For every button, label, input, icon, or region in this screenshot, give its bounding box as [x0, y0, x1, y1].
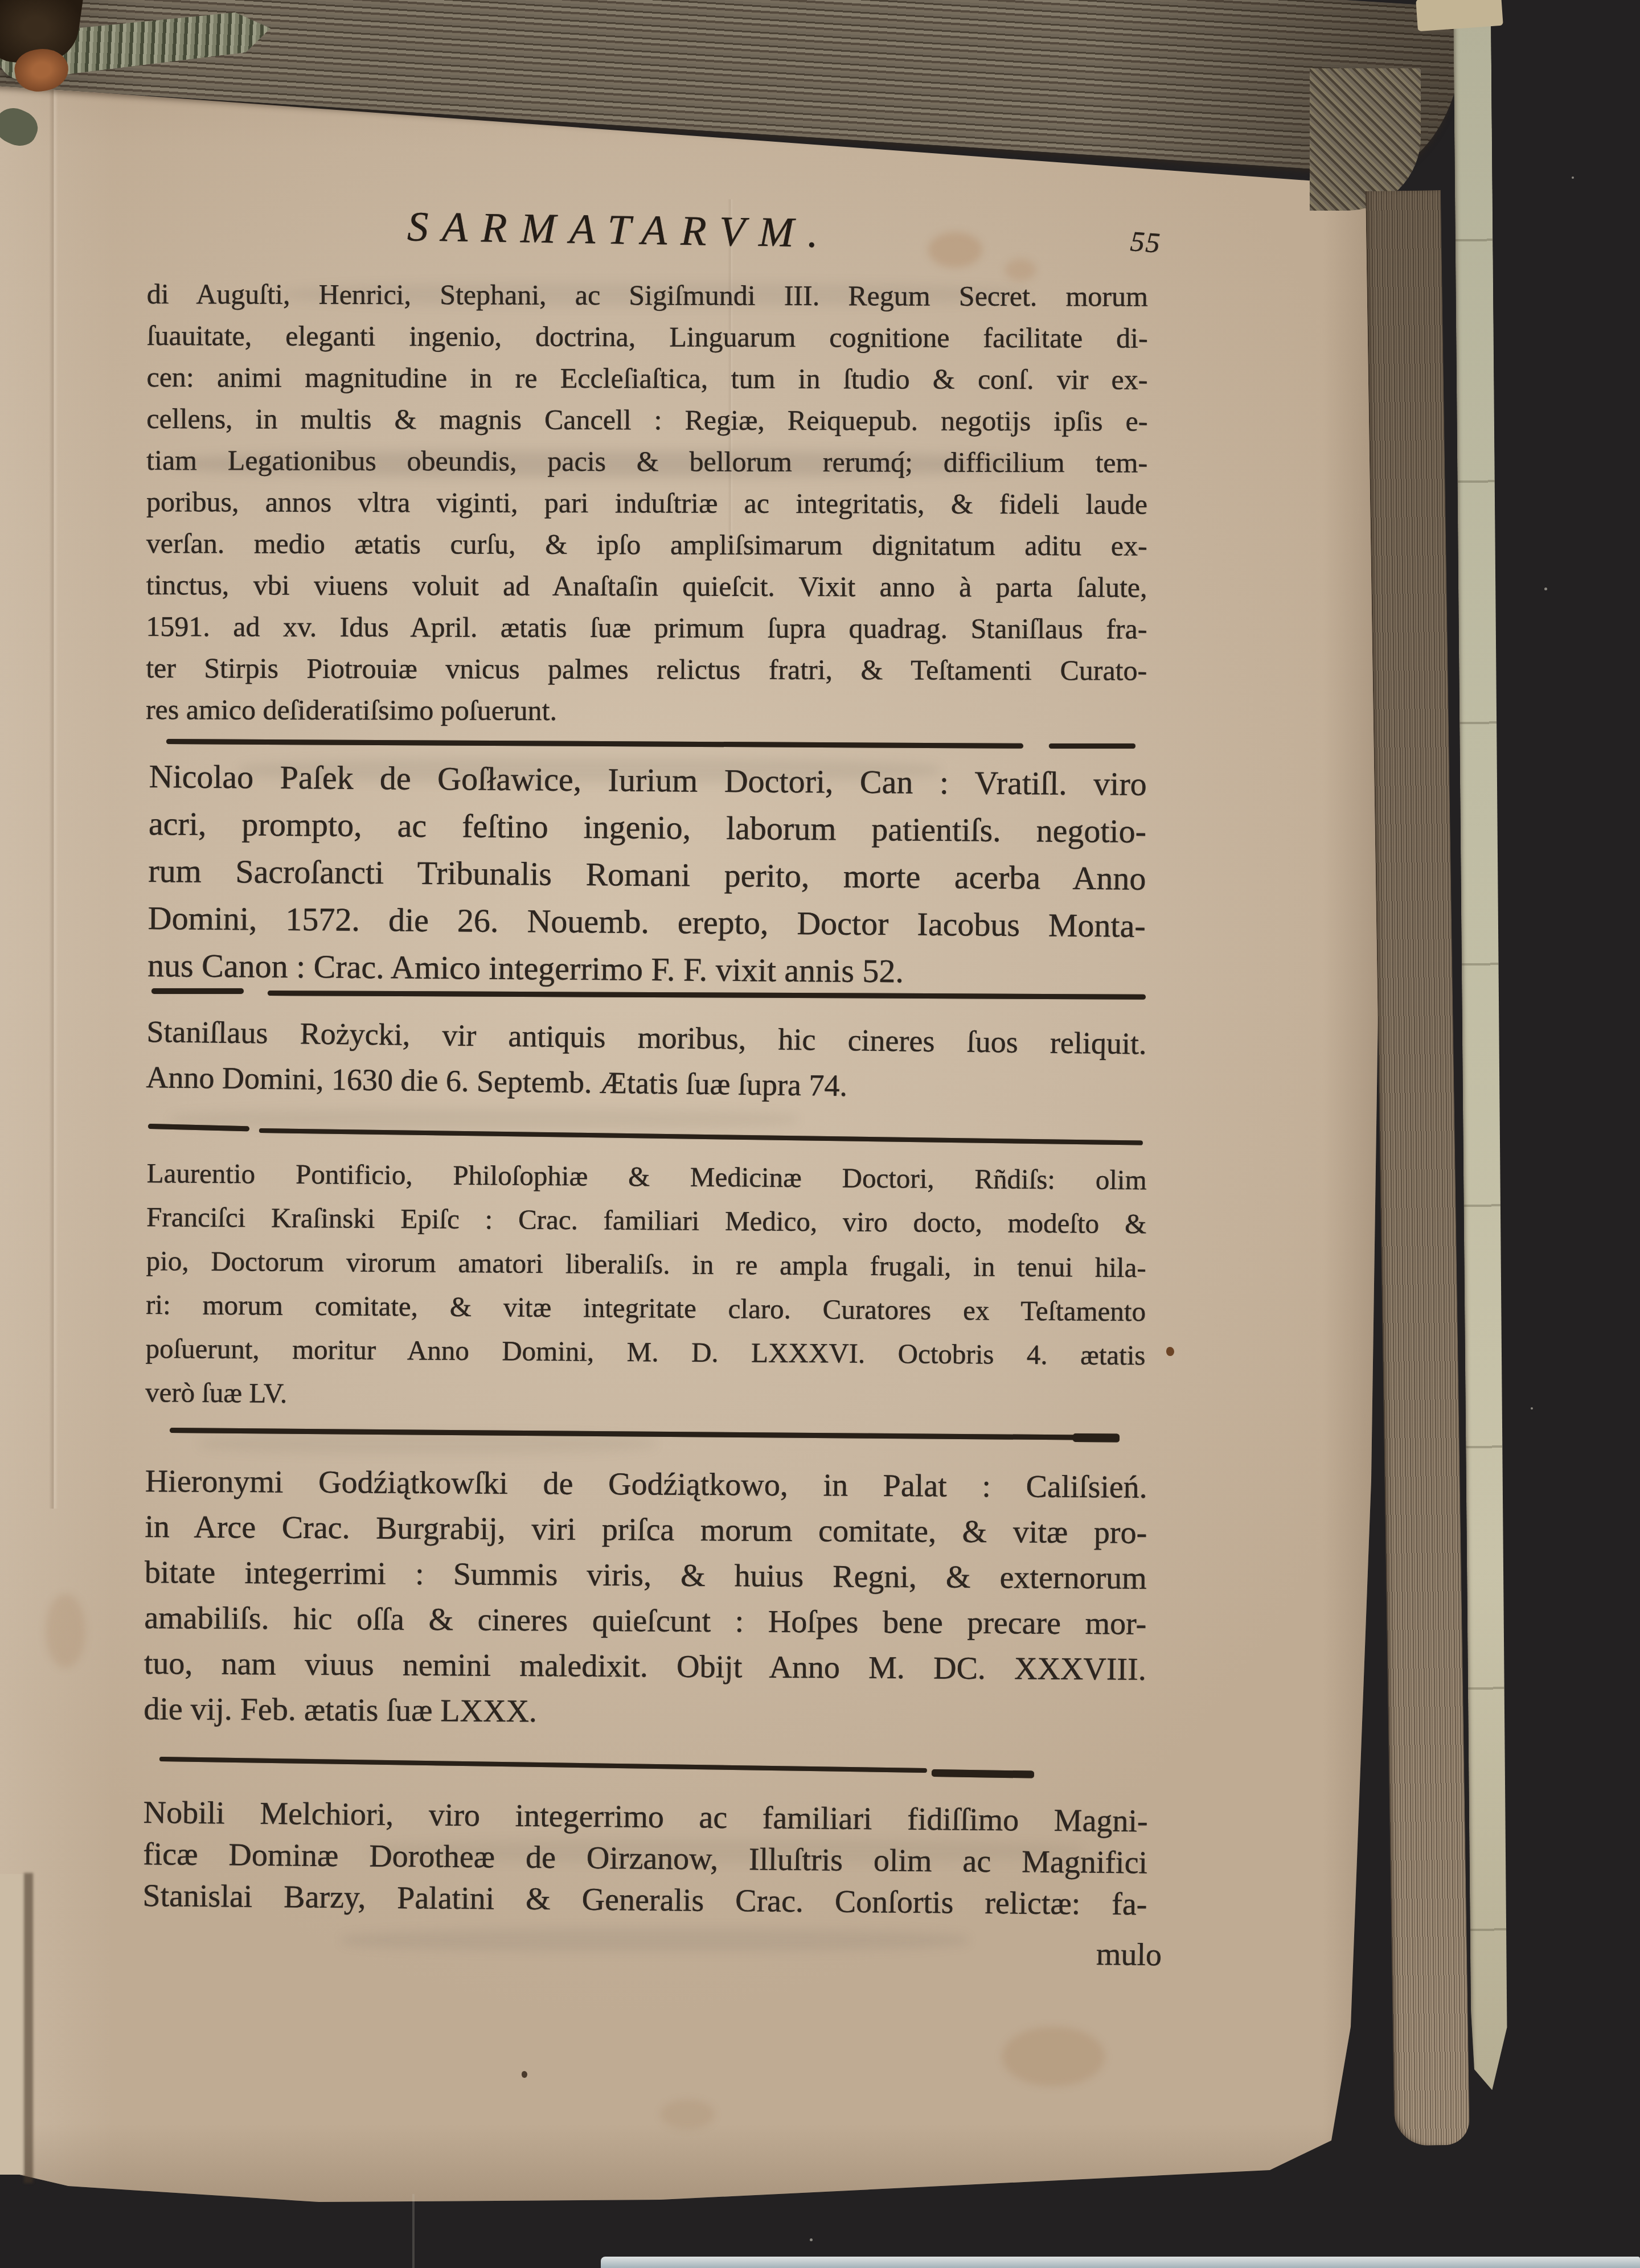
text-line: di Auguſti, Henrici, Stephani, ac Sigiſm… — [147, 273, 1148, 318]
text-line: Franciſci Kraſinski Epiſc : Crac. famili… — [146, 1195, 1146, 1246]
text-line: in Arce Crac. Burgrabij, viri priſca mor… — [145, 1504, 1147, 1556]
text-line: die vij. Feb. ætatis ſuæ LXXX. — [143, 1686, 1146, 1738]
catchword: mulo — [911, 1934, 1162, 1974]
section-divider — [170, 1428, 1081, 1440]
text-line: tinctus, vbi viuens voluit ad Anaſtaſin … — [146, 564, 1147, 609]
text-line: tiam Legationibus obeundis, pacis & bell… — [146, 439, 1147, 484]
memorial-entry-2: Nicolao Paſek de Goſławice, Iurium Docto… — [147, 753, 1147, 997]
running-header-title: SARMATARVM. — [407, 203, 832, 258]
text-line: res amico deſideratiſsimo poſuerunt. — [146, 689, 1147, 733]
text-line: Domini, 1572. die 26. Nouemb. erepto, Do… — [147, 894, 1146, 950]
text-line: cen: animi magnitudine in re Eccleſiaſti… — [146, 356, 1147, 401]
text-line: poribus, annos vltra viginti, pari induſ… — [146, 481, 1147, 525]
text-line: verſan. medio ætatis curſu, & ipſo ampli… — [146, 523, 1147, 567]
section-divider-segment — [151, 988, 244, 994]
text-line: nus Canon : Crac. Amico integerrimo F. F… — [147, 942, 1146, 997]
memorial-entry-6: Nobili Melchiori, viro integerrimo ac fa… — [142, 1792, 1148, 1925]
memorial-entry-1: di Auguſti, Henrici, Stephani, ac Sigiſm… — [146, 273, 1148, 733]
section-divider-segment — [1073, 1433, 1120, 1443]
text-line: Nicolao Paſek de Goſławice, Iurium Docto… — [149, 753, 1147, 808]
memorial-entry-5: Hieronymi Godźiątkowſki de Godźiątkowo, … — [143, 1458, 1147, 1738]
memorial-entry-4: Laurentio Pontificio, Philoſophiæ & Medi… — [145, 1151, 1147, 1421]
section-divider-segment — [148, 1124, 249, 1131]
printed-text-layer: SARMATARVM. 55 di Auguſti, Henrici, Step… — [0, 0, 1640, 2268]
text-line: ri: morum comitate, & vitæ integritate c… — [146, 1283, 1146, 1333]
text-line: Stanislai Barzy, Palatini & Generalis Cr… — [142, 1875, 1147, 1925]
text-line: ter Stirpis Piotrouiæ vnicus palmes reli… — [146, 647, 1147, 692]
text-line: tuo, nam viuus nemini maledixit. Obijt A… — [144, 1641, 1146, 1692]
text-line: 1591. ad xv. Idus April. ætatis ſuæ prim… — [146, 606, 1147, 650]
scanned-book-photo: SARMATARVM. 55 di Auguſti, Henrici, Step… — [0, 0, 1640, 2268]
section-divider-segment — [932, 1769, 1034, 1778]
section-divider — [166, 739, 1023, 749]
text-line: cellens, in multis & magnis Cancell : Re… — [146, 398, 1147, 442]
text-line: pio, Doctorum virorum amatori liberaliſs… — [146, 1239, 1146, 1289]
text-line: Hieronymi Godźiątkowſki de Godźiątkowo, … — [145, 1458, 1147, 1510]
memorial-entry-3: Staniſlaus Rożycki, vir antiquis moribus… — [146, 1009, 1147, 1112]
text-line: ſuauitate, eleganti ingenio, doctrina, L… — [147, 315, 1148, 359]
page-number: 55 — [1129, 224, 1162, 260]
text-line: Laurentio Pontificio, Philoſophiæ & Medi… — [146, 1151, 1146, 1202]
section-divider — [259, 1128, 1143, 1145]
text-line: poſuerunt, moritur Anno Domini, M. D. LX… — [145, 1326, 1145, 1377]
text-line: amabiliſs. hic oſſa & cineres quieſcunt … — [144, 1595, 1146, 1647]
text-line: bitate integerrimi : Summis viris, & hui… — [145, 1550, 1147, 1601]
text-line: rum Sacroſancti Tribunalis Romani perito… — [148, 847, 1146, 902]
text-line: acri, prompto, ac feſtino ingenio, labor… — [149, 800, 1147, 855]
text-line: verò ſuæ LV. — [145, 1370, 1145, 1421]
section-divider — [159, 1757, 927, 1773]
section-divider-segment — [1049, 743, 1135, 749]
